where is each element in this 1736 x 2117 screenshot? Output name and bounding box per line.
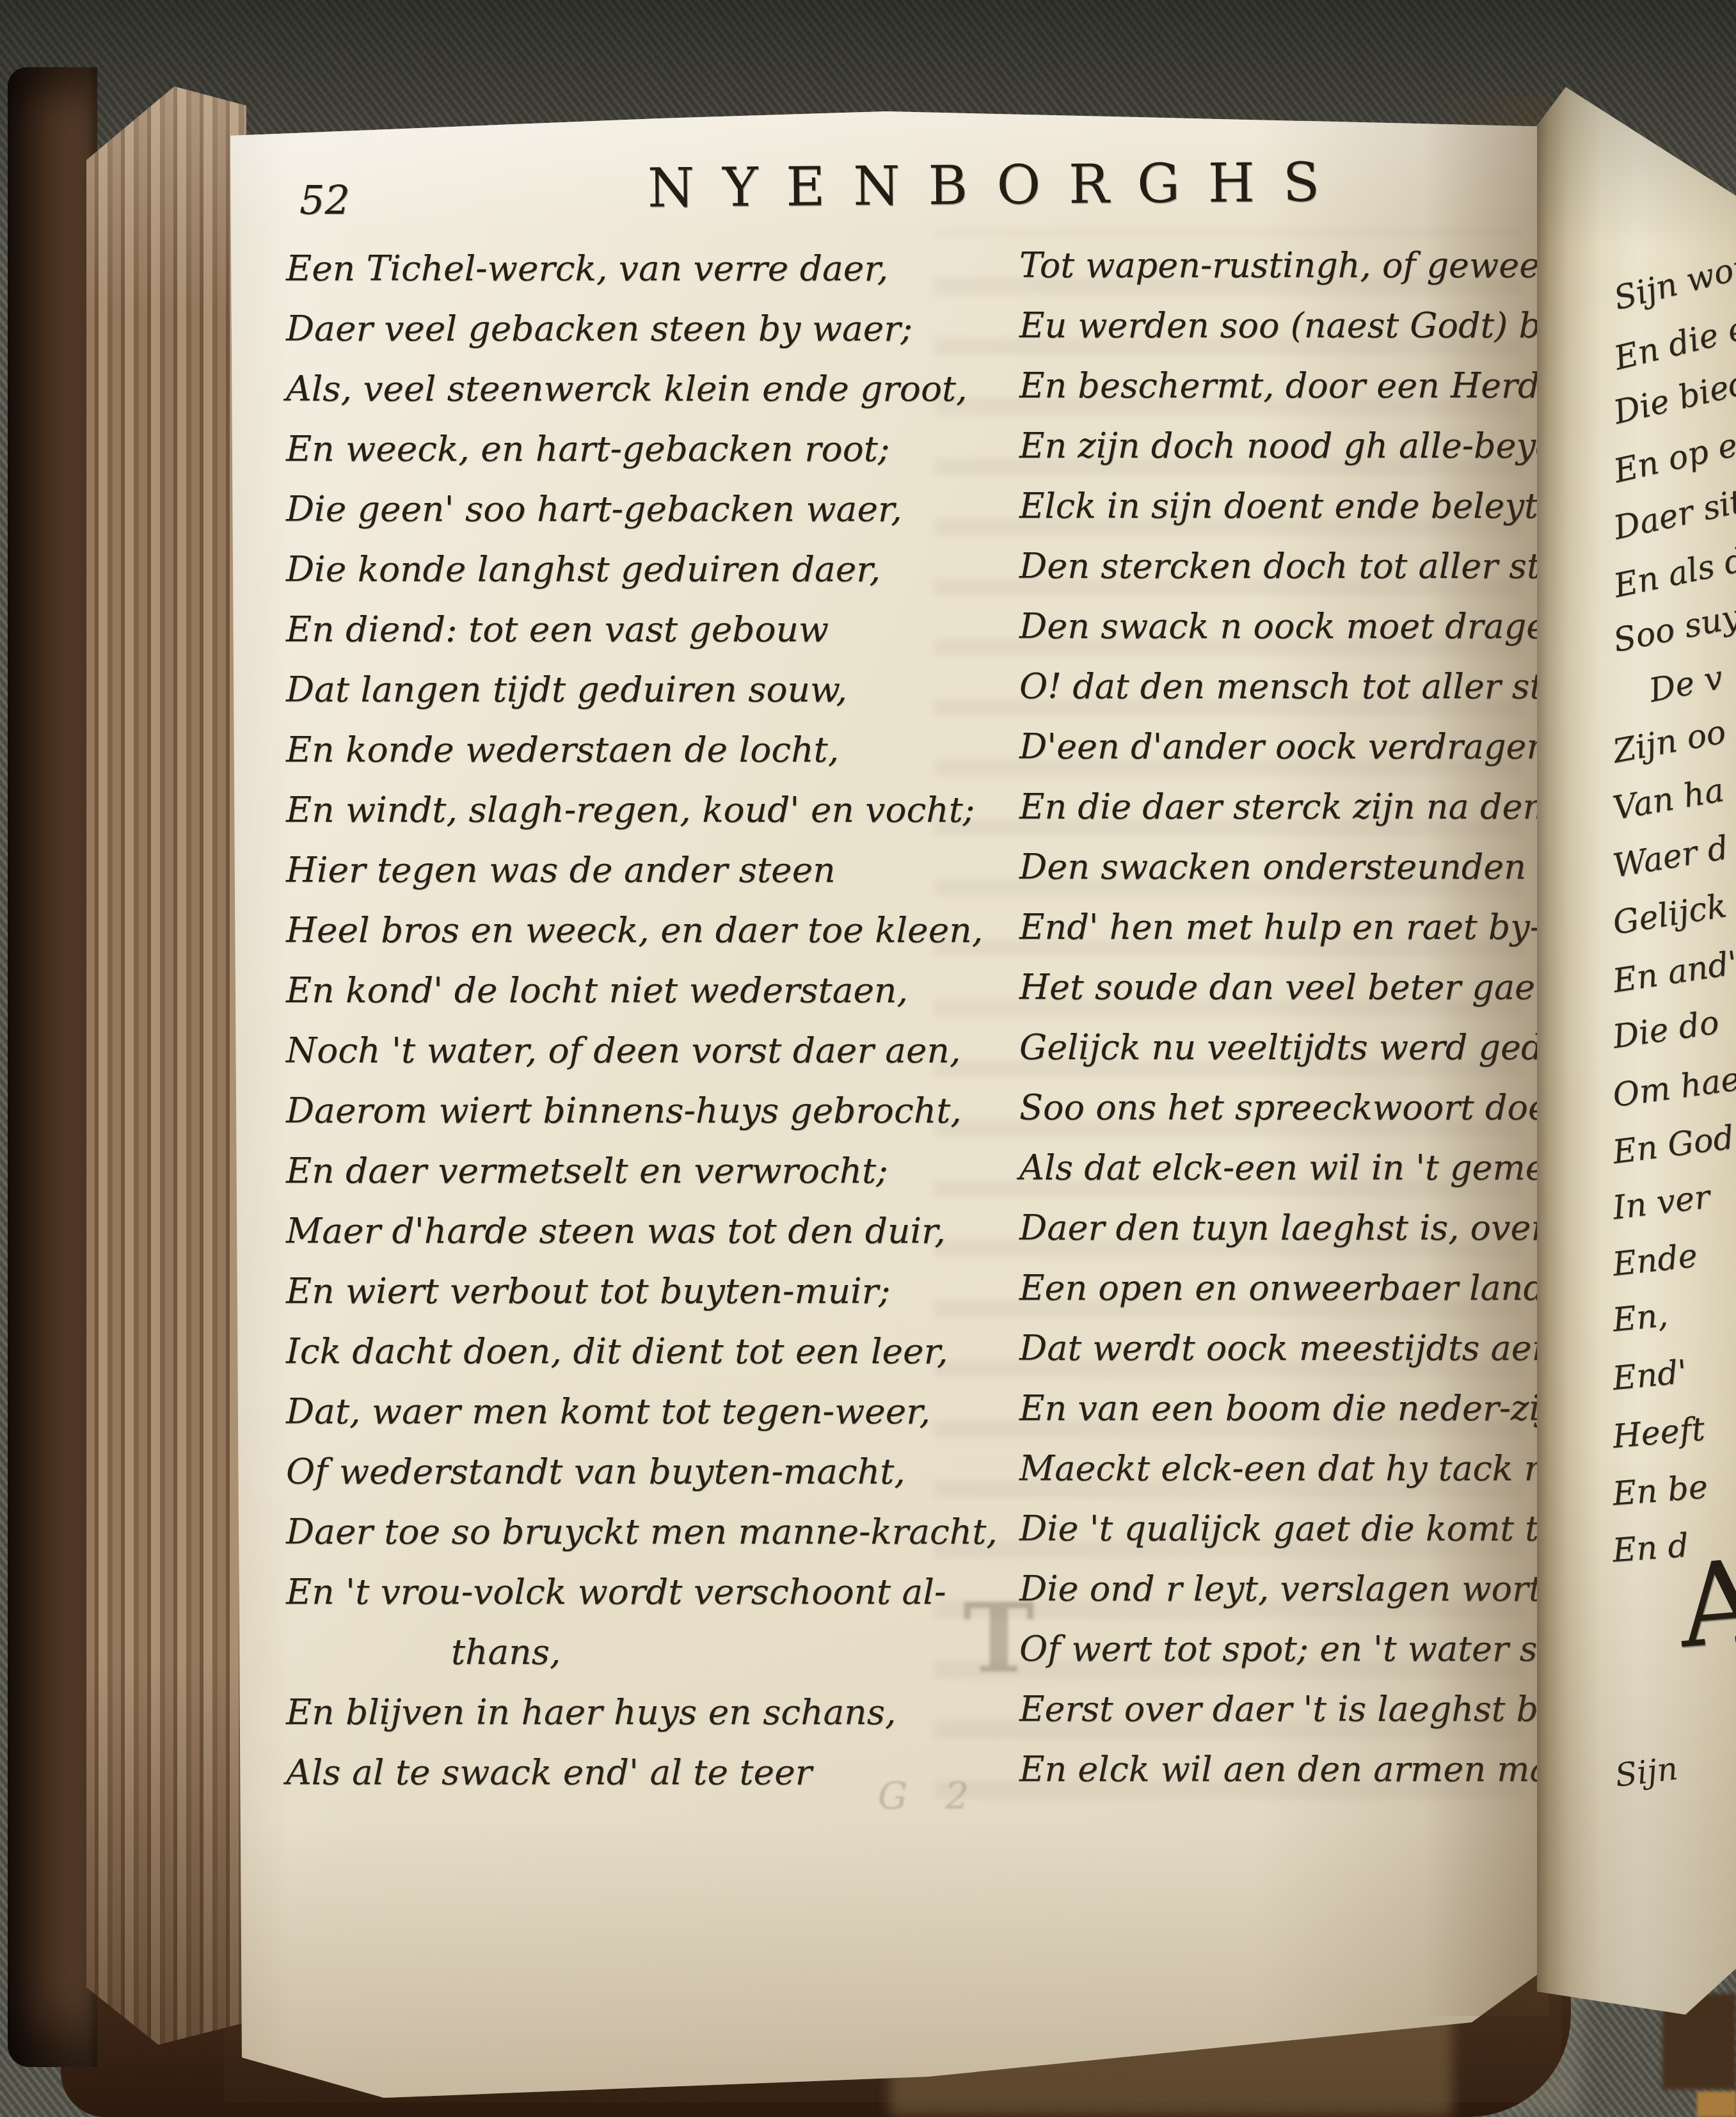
poem-line: Die konde langhst geduiren daer, <box>286 539 998 599</box>
running-title: NYENBORGHS <box>648 150 1348 220</box>
poem-line: Dat, waer men komt tot tegen-weer, <box>286 1381 998 1441</box>
poem-line: Die geen' soo hart-gebacken waer, <box>286 479 998 539</box>
book-page-right-curled: Sijn wortEn die eenDie biedtEn op eenDae… <box>1537 76 1736 2018</box>
poem-line: Dat langen tijdt geduiren souw, <box>286 659 998 719</box>
poem-line: Hier tegen was de ander steen <box>286 840 998 900</box>
poem-line: En blijven in haer huys en schans, <box>286 1682 998 1742</box>
poem-line: Als al te swack end' al te teer <box>286 1742 998 1802</box>
facing-page-drop-cap: A <box>1673 1535 1736 1674</box>
poem-line: Heel bros en weeck, en daer toe kleen, <box>286 900 998 960</box>
facing-page-line-fragment: Heeft <box>1611 1410 1707 1456</box>
leather-spine <box>8 67 97 2067</box>
poem-column-left: Een Tichel-werck, van verre daer,Daer ve… <box>286 238 998 1802</box>
facing-page-line-fragment: En, <box>1611 1297 1669 1340</box>
page-number: 52 <box>299 177 350 223</box>
poem-line: En wiert verbout tot buyten-muir; <box>286 1261 998 1321</box>
poem-line: En windt, slagh-regen, koud' en vocht; <box>286 779 998 840</box>
poem-line: Daer veel gebacken steen by waer; <box>286 298 998 358</box>
poem-line: Een Tichel-werck, van verre daer, <box>286 238 998 298</box>
facing-page-line-fragment: En be <box>1611 1468 1709 1514</box>
book-photograph: 52 NYENBORGHS Een Tichel-werck, van verr… <box>0 0 1736 2117</box>
poem-line: thans, <box>286 1622 998 1682</box>
poem-line: Maer d'harde steen was tot den duir, <box>286 1201 998 1261</box>
poem-line: Daerom wiert binnens-huys gebrocht, <box>286 1080 998 1140</box>
poem-line: Of wederstandt van buyten-macht, <box>286 1441 998 1501</box>
poem-line: En konde wederstaen de locht, <box>286 719 998 779</box>
page-block-edges <box>86 77 246 2054</box>
facing-page-line-fragment: End' <box>1611 1354 1689 1398</box>
facing-page-catchword: Sijn <box>1613 1750 1680 1794</box>
poem-line: En daer vermetselt en verwrocht; <box>286 1140 998 1201</box>
poem-line: En diend: tot een vast gebouw <box>286 599 998 659</box>
poem-line: Daer toe so bruyckt men manne-kracht, <box>286 1501 998 1562</box>
poem-line: En 't vrou-volck wordt verschoont al- <box>286 1562 998 1622</box>
poem-line: Als, veel steenwerck klein ende groot, <box>286 358 998 419</box>
poem-line: En weeck, en hart-gebacken root; <box>286 419 998 479</box>
poem-line: Ick dacht doen, dit dient tot een leer, <box>286 1321 998 1381</box>
table-corner <box>1697 2091 1736 2117</box>
poem-line: Noch 't water, of deen vorst daer aen, <box>286 1020 998 1080</box>
poem-line: En kond' de locht niet wederstaen, <box>286 960 998 1020</box>
